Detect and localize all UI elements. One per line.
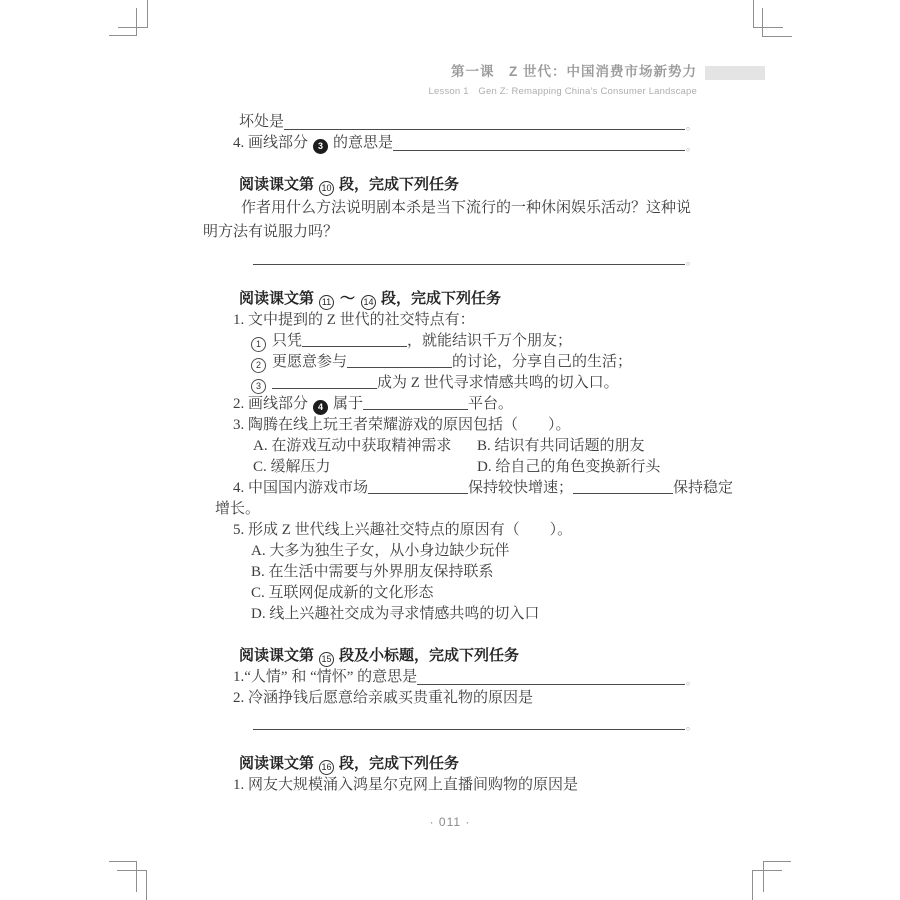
blank-underline xyxy=(393,134,685,151)
blank-underline xyxy=(417,668,685,685)
question-stem: 1. 文中提到的 Z 世代的社交特点有： xyxy=(203,310,697,331)
section-para-11-14: 阅读课文第11～14段，完成下列任务 1. 文中提到的 Z 世代的社交特点有： … xyxy=(203,288,697,625)
blank-period: 。 xyxy=(686,674,697,688)
header-gray-badge xyxy=(705,66,765,80)
choice-b: B. 结识有共同话题的朋友 xyxy=(477,436,645,457)
section-heading: 阅读课文第10段，完成下列任务 xyxy=(203,174,697,196)
section-heading: 阅读课文第16段，完成下列任务 xyxy=(203,753,697,775)
blank-underline xyxy=(368,480,468,494)
carryover-text: 坏处是 xyxy=(239,112,284,133)
circled-number-2: 2 xyxy=(251,358,266,373)
crop-mark-top-right-inner xyxy=(762,8,792,37)
blank-underline xyxy=(284,113,685,130)
heading-text: 段，完成下列任务 xyxy=(339,755,459,772)
answer-line: 。 xyxy=(203,711,697,733)
question-1: 1.“人情” 和 “情怀” 的意思是 。 xyxy=(203,667,697,688)
answer-line: 。 xyxy=(203,246,697,268)
heading-text: 段，完成下列任务 xyxy=(381,290,501,307)
heading-text: 阅读课文第 xyxy=(239,647,314,664)
choice-d: D. 线上兴趣社交成为寻求情感共鸣的切入口 xyxy=(203,604,697,625)
choice-c: C. 缓解压力 xyxy=(253,459,331,475)
heading-text: 阅读课文第 xyxy=(239,755,314,772)
sub-item-text: ，就能结识千万个朋友； xyxy=(407,333,572,349)
lesson-title-en: Lesson 1 Gen Z: Remapping China’s Consum… xyxy=(429,83,697,97)
question-3-stem: 3. 陶腾在线上玩王者荣耀游戏的原因包括（ ）。 xyxy=(203,415,697,436)
blank-underline xyxy=(573,480,673,494)
question-text: 2. 画线部分 xyxy=(233,396,308,412)
section-heading: 阅读课文第11～14段，完成下列任务 xyxy=(203,288,697,310)
question-text: 保持稳定 xyxy=(673,480,733,496)
sub-item-text: 成为 Z 世代寻求情感共鸣的切入口。 xyxy=(377,375,619,391)
question-text: 1.“人情” 和 “情怀” 的意思是 xyxy=(233,667,417,688)
section-para-15: 阅读课文第15段及小标题，完成下列任务 1.“人情” 和 “情怀” 的意思是 。… xyxy=(203,645,697,733)
carryover-line: 坏处是 。 xyxy=(203,112,697,133)
blank-period: 。 xyxy=(686,119,697,133)
question-5-stem: 5. 形成 Z 世代线上兴趣社交特点的原因有（ ）。 xyxy=(203,520,697,541)
lesson-title-zh: 第一课 Z 世代：中国消费市场新势力 xyxy=(429,60,697,80)
question-text: 4. 画线部分 xyxy=(233,133,308,154)
blank-underline xyxy=(253,248,685,265)
question-1: 1. 网友大规模涌入鸿星尔克网上直播间购物的原因是 xyxy=(203,775,697,796)
choice-c: C. 互联网促成新的文化形态 xyxy=(203,583,697,604)
question-text: 的意思是 xyxy=(333,133,393,154)
question-2: 2. 画线部分4属于平台。 xyxy=(203,394,697,415)
question-text: 属于 xyxy=(333,396,363,412)
sub-item-3: 3成为 Z 世代寻求情感共鸣的切入口。 xyxy=(203,373,697,394)
workbook-page: 第一课 Z 世代：中国消费市场新势力 Lesson 1 Gen Z: Remap… xyxy=(0,0,900,900)
crop-mark-bottom-left-outer xyxy=(117,870,147,900)
sub-item-text: 更愿意参与 xyxy=(272,354,347,370)
blank-underline xyxy=(253,713,685,730)
question-line: 4. 画线部分 3 的意思是 。 xyxy=(203,133,697,154)
sub-item-1: 1只凭，就能结识千万个朋友； xyxy=(203,331,697,352)
circled-number-3: 3 xyxy=(251,379,266,394)
circled-number-1: 1 xyxy=(251,337,266,352)
filled-circled-number-4: 4 xyxy=(313,400,328,415)
choice-a: A. 大多为独生子女，从小身边缺少玩伴 xyxy=(203,541,697,562)
heading-text: 段及小标题，完成下列任务 xyxy=(339,647,519,664)
blank-underline xyxy=(363,396,468,410)
blank-underline xyxy=(347,354,452,368)
question-4-continuation: 增长。 xyxy=(203,499,697,520)
crop-mark-bottom-right-outer xyxy=(752,870,782,900)
heading-text: 段，完成下列任务 xyxy=(339,176,459,193)
circled-number-14: 14 xyxy=(361,295,376,310)
circled-number-10: 10 xyxy=(319,181,334,196)
question-4: 4. 中国国内游戏市场保持较快增速；保持稳定 xyxy=(203,478,697,499)
sub-item-text: 只凭 xyxy=(272,333,302,349)
filled-circled-number-3: 3 xyxy=(313,139,328,154)
heading-text: 阅读课文第 xyxy=(239,290,314,307)
choice-a: A. 在游戏互动中获取精神需求 xyxy=(253,438,451,454)
running-head: 第一课 Z 世代：中国消费市场新势力 Lesson 1 Gen Z: Remap… xyxy=(429,60,697,97)
section-para-10: 阅读课文第10段，完成下列任务 作者用什么方法说明剧本杀是当下流行的一种休闲娱乐… xyxy=(203,174,697,268)
question-text: 4. 中国国内游戏市场 xyxy=(233,480,368,496)
choice-d: D. 给自己的角色变换新行头 xyxy=(477,457,660,478)
blank-period: 。 xyxy=(686,140,697,154)
blank-underline xyxy=(272,375,377,389)
blank-period: 。 xyxy=(686,254,697,268)
circled-number-11: 11 xyxy=(319,295,334,310)
circled-number-15: 15 xyxy=(319,652,334,667)
question-2: 2. 冷涵挣钱后愿意给亲戚买贵重礼物的原因是 xyxy=(203,688,697,709)
page-number: · 011 · xyxy=(0,815,900,829)
section-para-16: 阅读课文第16段，完成下列任务 1. 网友大规模涌入鸿星尔克网上直播间购物的原因… xyxy=(203,753,697,796)
heading-text: 阅读课文第 xyxy=(239,176,314,193)
choice-b: B. 在生活中需要与外界朋友保持联系 xyxy=(203,562,697,583)
choice-row: A. 在游戏互动中获取精神需求 B. 结识有共同话题的朋友 xyxy=(203,436,697,457)
question-paragraph: 作者用什么方法说明剧本杀是当下流行的一种休闲娱乐活动？这种说明方法有说服力吗？ xyxy=(203,196,697,244)
blank-period: 。 xyxy=(686,719,697,733)
question-text: 保持较快增速； xyxy=(468,480,573,496)
crop-mark-top-left-inner xyxy=(109,8,137,36)
tilde: ～ xyxy=(340,290,355,307)
page-content: 坏处是 。 4. 画线部分 3 的意思是 。 阅读课文第10段，完成下列任务 作… xyxy=(203,112,697,796)
question-text: 平台。 xyxy=(468,396,513,412)
section-heading: 阅读课文第15段及小标题，完成下列任务 xyxy=(203,645,697,667)
section-carryover: 坏处是 。 4. 画线部分 3 的意思是 。 xyxy=(203,112,697,154)
sub-item-2: 2更愿意参与的讨论，分享自己的生活； xyxy=(203,352,697,373)
choice-row: C. 缓解压力 D. 给自己的角色变换新行头 xyxy=(203,457,697,478)
sub-item-text: 的讨论，分享自己的生活； xyxy=(452,354,632,370)
blank-underline xyxy=(302,333,407,347)
circled-number-16: 16 xyxy=(319,760,334,775)
